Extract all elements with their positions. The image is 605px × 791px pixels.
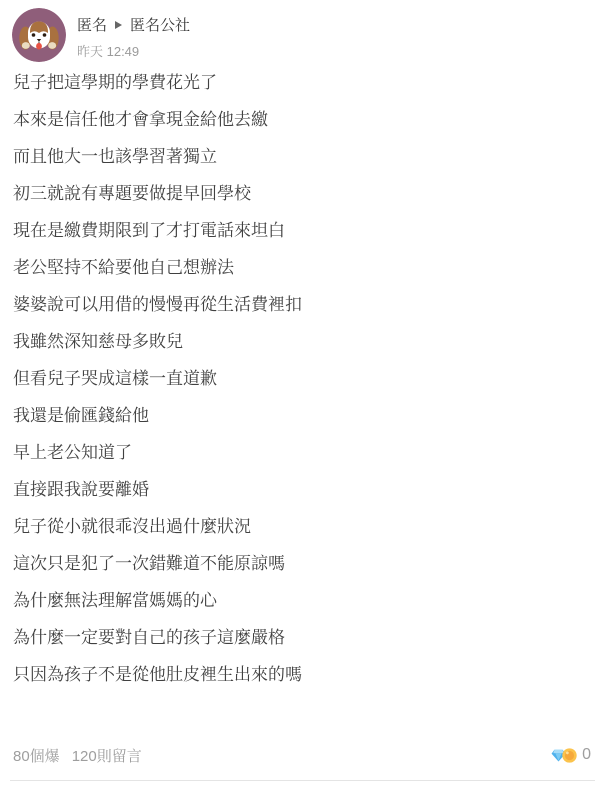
divider	[10, 780, 595, 781]
post-line: 我雖然深知慈母多敗兒	[13, 323, 592, 360]
post-line: 兒子把這學期的學費花光了	[13, 64, 592, 101]
community-name[interactable]: 匿名公社	[130, 14, 190, 35]
post-line: 早上老公知道了	[13, 434, 592, 471]
post-line: 現在是繳費期限到了才打電話來坦白	[13, 212, 592, 249]
coin-stat[interactable]: 0	[551, 746, 591, 764]
chevron-right-icon	[115, 21, 122, 29]
header-text: 匿名 匿名公社 昨天 12:49	[77, 8, 190, 60]
post-line: 婆婆說可以用借的慢慢再從生活費裡扣	[13, 286, 592, 323]
post-line: 我還是偷匯錢給他	[13, 397, 592, 434]
author-name[interactable]: 匿名	[77, 14, 107, 35]
post-header: 匿名 匿名公社 昨天 12:49	[0, 0, 605, 62]
post-line: 兒子從小就很乖沒出過什麼狀況	[13, 508, 592, 545]
post-line: 但看兒子哭成這樣一直道歉	[13, 360, 592, 397]
post-line: 初三就說有專題要做提早回學校	[13, 175, 592, 212]
post-line: 這次只是犯了一次錯難道不能原諒嗎	[13, 545, 592, 582]
post-line: 而且他大一也該學習著獨立	[13, 138, 592, 175]
coin-icon	[562, 748, 577, 763]
post-line: 老公堅持不給要他自己想辦法	[13, 249, 592, 286]
post-line: 本來是信任他才會拿現金給他去繳	[13, 101, 592, 138]
stats-row: 80個爆 120則留言 0	[0, 745, 605, 765]
post-line: 為什麼一定要對自己的孩子這麼嚴格	[13, 619, 592, 656]
coin-count: 0	[582, 746, 591, 764]
avatar[interactable]	[12, 8, 66, 62]
post-line: 為什麼無法理解當媽媽的心	[13, 582, 592, 619]
timestamp: 昨天 12:49	[77, 41, 190, 60]
post-title-row: 匿名 匿名公社	[77, 14, 190, 35]
post-line: 只因為孩子不是從他肚皮裡生出來的嗎	[13, 656, 592, 693]
post-body: 兒子把這學期的學費花光了 本來是信任他才會拿現金給他去繳 而且他大一也該學習著獨…	[0, 62, 605, 693]
dog-avatar-icon	[12, 8, 66, 62]
reaction-count[interactable]: 80個爆	[13, 745, 60, 766]
comment-count[interactable]: 120則留言	[72, 745, 142, 766]
post-card: 匿名 匿名公社 昨天 12:49 兒子把這學期的學費花光了 本來是信任他才會拿現…	[0, 0, 605, 791]
post-line: 直接跟我說要離婚	[13, 471, 592, 508]
stats-left: 80個爆 120則留言	[13, 745, 142, 766]
